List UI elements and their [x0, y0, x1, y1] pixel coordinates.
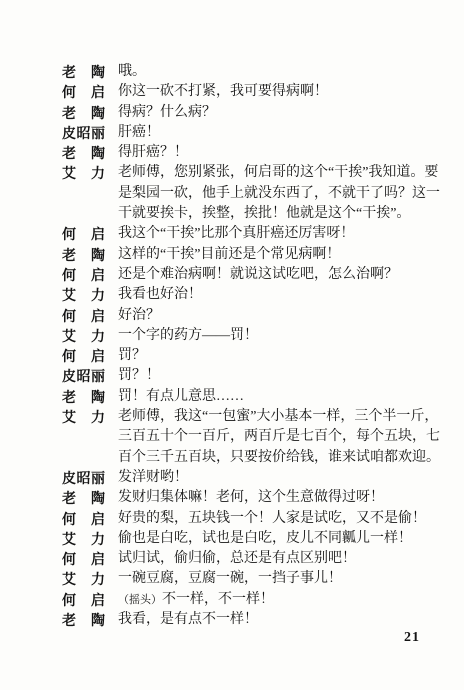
dialogue-line: 老陶 哦。	[62, 62, 442, 82]
dialogue-text-line: 哦。	[118, 62, 442, 82]
dialogue-text-line: 好贵的梨，五块钱一个！人家是试吃，又不是偷！	[118, 509, 442, 529]
speaker-name: 皮昭丽	[62, 468, 105, 488]
speaker-name: 皮昭丽	[62, 366, 105, 386]
dialogue-line: 何启 我这个“干挨”比那个真肝癌还厉害呀！	[62, 224, 442, 244]
dialogue-line: 何启 （摇头）不一样，不一样！	[62, 590, 442, 610]
dialogue-text-line: 偷也是白吃，试也是白吃，皮儿不同瓤儿一样！	[118, 529, 442, 549]
speaker-name: 何启	[62, 590, 105, 610]
dialogue-line: 艾力 一碗豆腐，豆腐一碗，一挡子事儿！	[62, 569, 442, 589]
dialogue-text-line: 得病？什么病？	[118, 103, 442, 123]
speaker-name: 何启	[62, 306, 105, 326]
dialogue-line: 老陶 发财归集体嘛！老何，这个生意做得过呀！	[62, 488, 442, 508]
dialogue-text-line: 罚？	[118, 346, 442, 366]
dialogue-text: 老师傅，您别紧张，何启哥的这个“干挨”我知道。要是梨园一砍，他手上就没东西了，不…	[118, 165, 440, 221]
speaker-name: 老陶	[62, 387, 105, 407]
dialogue-text-line: 你这一砍不打紧，我可要得病啊！	[118, 82, 442, 102]
dialogue-text-line: 我这个“干挨”比那个真肝癌还厉害呀！	[118, 224, 442, 244]
dialogue-line: 何启 你这一砍不打紧，我可要得病啊！	[62, 82, 442, 102]
dialogue-text: 这样的“干挨”目前还是个常见病啊！	[118, 247, 340, 262]
dialogue-text-line: 老师傅，我这“一包蜜”大小基本一样，三个半一斤，三百五十个一百斤，两百斤是七百个…	[118, 407, 442, 468]
speaker-name: 艾力	[62, 285, 105, 305]
dialogue-text-line: 这样的“干挨”目前还是个常见病啊！	[118, 245, 442, 265]
dialogue-text: 罚！有点儿意思……	[118, 389, 244, 404]
book-page: 老陶 哦。 何启 你这一砍不打紧，我可要得病啊！ 老陶 得病？什么病？ 皮昭丽 …	[0, 0, 464, 690]
speaker-name: 何启	[62, 82, 105, 102]
dialogue-line: 何启 好治？	[62, 306, 442, 326]
dialogue-text: 偷也是白吃，试也是白吃，皮儿不同瓤儿一样！	[118, 531, 412, 546]
dialogue-text: 肝癌！	[118, 125, 160, 140]
dialogue-text: 好贵的梨，五块钱一个！人家是试吃，又不是偷！	[118, 511, 426, 526]
dialogue-text: 一个字的药方——罚！	[118, 328, 258, 343]
speaker-name: 何启	[62, 549, 105, 569]
page-number: 21	[404, 630, 420, 646]
dialogue-text: 一碗豆腐，豆腐一碗，一挡子事儿！	[118, 571, 342, 586]
dialogue-line: 何启 还是个难治病啊！就说这试吃吧，怎么治啊？	[62, 265, 442, 285]
dialogue-text: 我这个“干挨”比那个真肝癌还厉害呀！	[118, 226, 354, 241]
dialogue-text-line: 好治？	[118, 306, 442, 326]
dialogue-text-line: 还是个难治病啊！就说这试吃吧，怎么治啊？	[118, 265, 442, 285]
dialogue-text: 得病？什么病？	[118, 105, 216, 120]
dialogue-text: 我看，是有点不一样！	[118, 612, 258, 627]
stage-direction: （摇头）	[118, 594, 162, 606]
speaker-name: 老陶	[62, 610, 105, 630]
speaker-name: 艾力	[62, 569, 105, 589]
dialogue-text-line: 发洋财哟！	[118, 468, 442, 488]
dialogue-line: 老陶 得肝癌？！	[62, 143, 442, 163]
dialogue-text: 哦。	[118, 64, 146, 79]
speaker-name: 艾力	[62, 407, 105, 427]
speaker-name: 艾力	[62, 326, 105, 346]
dialogue-text-line: （摇头）不一样，不一样！	[118, 590, 442, 610]
dialogue-text: 得肝癌？！	[118, 145, 188, 160]
dialogue-line: 皮昭丽 罚？！	[62, 366, 442, 386]
speaker-name: 何启	[62, 265, 105, 285]
dialogue-line: 何启 试归试，偷归偷，总还是有点区别吧！	[62, 549, 442, 569]
dialogue-text-line: 肝癌！	[118, 123, 442, 143]
dialogue-text-line: 得肝癌？！	[118, 143, 442, 163]
speaker-name: 何启	[62, 346, 105, 366]
speaker-name: 艾力	[62, 529, 105, 549]
dialogue-line: 老陶 我看，是有点不一样！	[62, 610, 442, 630]
dialogue-line: 皮昭丽 发洋财哟！	[62, 468, 442, 488]
dialogue-line: 艾力 一个字的药方——罚！	[62, 326, 442, 346]
dialogue-text-line: 罚！有点儿意思……	[118, 387, 442, 407]
dialogue-text: 试归试，偷归偷，总还是有点区别吧！	[118, 551, 356, 566]
dialogue-line: 老陶 得病？什么病？	[62, 103, 442, 123]
dialogue-text-line: 一碗豆腐，豆腐一碗，一挡子事儿！	[118, 569, 442, 589]
dialogue-line: 艾力 老师傅，您别紧张，何启哥的这个“干挨”我知道。要是梨园一砍，他手上就没东西…	[62, 163, 442, 224]
dialogue-text-line: 发财归集体嘛！老何，这个生意做得过呀！	[118, 488, 442, 508]
dialogue-line: 皮昭丽 肝癌！	[62, 123, 442, 143]
speaker-name: 老陶	[62, 103, 105, 123]
dialogue-line: 艾力 老师傅，我这“一包蜜”大小基本一样，三个半一斤，三百五十个一百斤，两百斤是…	[62, 407, 442, 468]
dialogue-block: 老陶 哦。 何启 你这一砍不打紧，我可要得病啊！ 老陶 得病？什么病？ 皮昭丽 …	[62, 62, 442, 630]
dialogue-text-line: 我看，是有点不一样！	[118, 610, 442, 630]
dialogue-text-line: 老师傅，您别紧张，何启哥的这个“干挨”我知道。要是梨园一砍，他手上就没东西了，不…	[118, 163, 442, 224]
dialogue-text: 发洋财哟！	[118, 470, 188, 485]
dialogue-text: 我看也好治！	[118, 287, 202, 302]
dialogue-text: 发财归集体嘛！老何，这个生意做得过呀！	[118, 490, 384, 505]
dialogue-text: 你这一砍不打紧，我可要得病啊！	[118, 84, 328, 99]
speaker-name: 老陶	[62, 143, 105, 163]
speaker-name: 何启	[62, 509, 105, 529]
dialogue-line: 何启 好贵的梨，五块钱一个！人家是试吃，又不是偷！	[62, 509, 442, 529]
dialogue-text: 好治？	[118, 308, 160, 323]
dialogue-text-line: 一个字的药方——罚！	[118, 326, 442, 346]
dialogue-line: 艾力 偷也是白吃，试也是白吃，皮儿不同瓤儿一样！	[62, 529, 442, 549]
dialogue-text: 罚？！	[118, 368, 160, 383]
speaker-name: 老陶	[62, 245, 105, 265]
speaker-name: 老陶	[62, 488, 105, 508]
dialogue-text: 还是个难治病啊！就说这试吃吧，怎么治啊？	[118, 267, 398, 282]
dialogue-line: 老陶 这样的“干挨”目前还是个常见病啊！	[62, 245, 442, 265]
speaker-name: 艾力	[62, 163, 105, 183]
dialogue-text: 老师傅，我这“一包蜜”大小基本一样，三个半一斤，三百五十个一百斤，两百斤是七百个…	[118, 409, 440, 465]
dialogue-line: 老陶 罚！有点儿意思……	[62, 387, 442, 407]
dialogue-line: 艾力 我看也好治！	[62, 285, 442, 305]
dialogue-text-line: 我看也好治！	[118, 285, 442, 305]
dialogue-text: 罚？	[118, 348, 146, 363]
dialogue-text-line: 罚？！	[118, 366, 442, 386]
dialogue-text-line: 试归试，偷归偷，总还是有点区别吧！	[118, 549, 442, 569]
speaker-name: 何启	[62, 224, 105, 244]
dialogue-line: 何启 罚？	[62, 346, 442, 366]
speaker-name: 皮昭丽	[62, 123, 105, 143]
dialogue-text: 不一样，不一样！	[162, 592, 274, 607]
speaker-name: 老陶	[62, 62, 105, 82]
